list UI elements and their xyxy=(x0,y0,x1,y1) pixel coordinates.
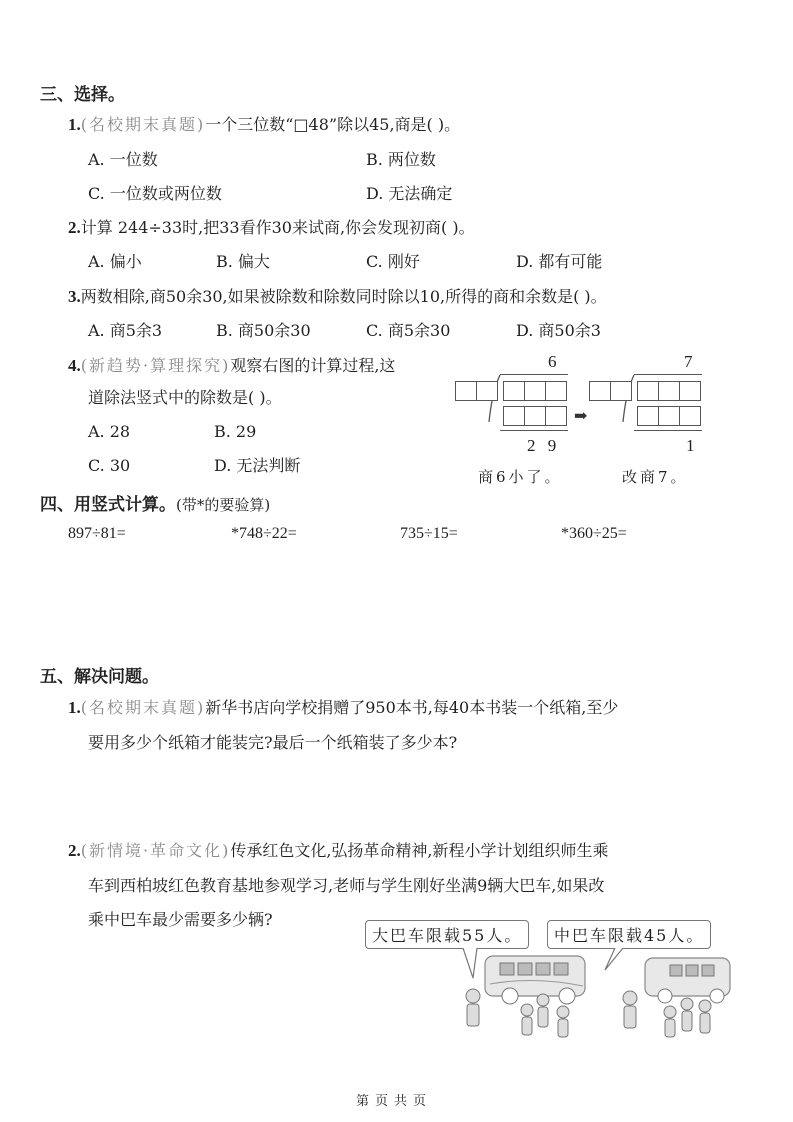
product-box xyxy=(524,406,546,426)
right-caption: 改商7。 xyxy=(622,466,689,487)
option-a[interactable]: A. 一位数 xyxy=(88,150,158,170)
dividend-box xyxy=(637,381,659,401)
question-4-line2: 道除法竖式中的除数是( )。 xyxy=(88,388,282,408)
dividend-box xyxy=(545,381,567,401)
section-4-heading: 四、用竖式计算。 xyxy=(40,495,176,515)
option-b[interactable]: B. 两位数 xyxy=(366,150,436,170)
product-box xyxy=(679,406,701,426)
question-4: 4.(新趋势·算理探究)观察右图的计算过程,这 xyxy=(68,356,395,376)
right-division-bar xyxy=(634,374,702,375)
right-remainder: 1 xyxy=(686,436,695,456)
question-tag: (新趋势·算理探究) xyxy=(81,356,231,375)
calc-problem-3[interactable]: 735÷15= xyxy=(400,525,458,543)
left-division-bar xyxy=(500,374,568,375)
option-b[interactable]: B. 商50余30 xyxy=(216,321,311,341)
option-d[interactable]: D. 无法判断 xyxy=(214,456,300,476)
section-4-title: 四、用竖式计算。(带*的要验算) xyxy=(40,490,270,515)
question-number: 4. xyxy=(68,356,81,375)
product-box xyxy=(637,406,659,426)
left-quotient: 6 xyxy=(548,352,557,372)
right-subtract-line xyxy=(634,430,702,431)
question-text: 计算 244÷33时,把33看作30来试商,你会发现初商( )。 xyxy=(81,218,475,237)
dividend-box xyxy=(658,381,680,401)
left-subtract-line xyxy=(500,430,568,431)
option-d[interactable]: D. 商50余3 xyxy=(516,321,601,341)
section-5-title: 五、解决问题。 xyxy=(40,662,159,687)
option-b[interactable]: B. 29 xyxy=(214,422,256,442)
question-number: 3. xyxy=(68,287,81,306)
option-a[interactable]: A. 偏小 xyxy=(88,252,142,272)
option-c[interactable]: C. 30 xyxy=(88,456,130,476)
right-quotient: 7 xyxy=(684,352,693,372)
calc-problem-1[interactable]: 897÷81= xyxy=(68,525,126,543)
problem-2-line3: 乘中巴车最少需要多少辆? xyxy=(88,910,273,930)
question-tag: (名校期末真题) xyxy=(81,698,206,717)
option-c[interactable]: C. 刚好 xyxy=(366,252,420,272)
divisor-box xyxy=(476,381,498,401)
product-box xyxy=(545,406,567,426)
bus-scene-icon xyxy=(455,948,793,1048)
divisor-box xyxy=(610,381,632,401)
section-3-title: 三、选择。 xyxy=(40,80,125,105)
question-number: 2. xyxy=(68,841,81,860)
speech-bubble-medium-bus: 中巴车限载45人。 xyxy=(547,920,711,949)
problem-text-line1: 新华书店向学校捐赠了950本书,每40本书装一个纸箱,至少 xyxy=(205,698,618,717)
question-number: 1. xyxy=(68,115,81,134)
dividend-box xyxy=(524,381,546,401)
option-d[interactable]: D. 无法确定 xyxy=(366,184,452,204)
product-box xyxy=(658,406,680,426)
speech-bubble-large-bus: 大巴车限载55人。 xyxy=(365,920,529,949)
problem-2: 2.(新情境·革命文化)传承红色文化,弘扬革命精神,新程小学计划组织师生乘 xyxy=(68,841,609,861)
dividend-box xyxy=(503,381,525,401)
arrow-icon: ➡ xyxy=(574,406,587,425)
option-b[interactable]: B. 偏大 xyxy=(216,252,270,272)
page-footer: 第页共页 xyxy=(356,1090,432,1109)
question-3: 3.两数相除,商50余30,如果被除数和除数同时除以10,所得的商和余数是( )… xyxy=(68,287,607,307)
left-remainder: 2 9 xyxy=(527,436,560,456)
problem-text-line1: 传承红色文化,弘扬革命精神,新程小学计划组织师生乘 xyxy=(230,841,608,860)
calc-problem-2[interactable]: *748÷22= xyxy=(231,525,297,543)
divisor-box xyxy=(589,381,611,401)
option-c[interactable]: C. 商5余30 xyxy=(366,321,450,341)
product-box xyxy=(503,406,525,426)
left-caption: 商6小了。 xyxy=(478,466,563,487)
section-4-note: (带*的要验算) xyxy=(176,496,270,514)
question-1: 1.(名校期末真题)一个三位数“□48”除以45,商是( )。 xyxy=(68,115,460,135)
option-d[interactable]: D. 都有可能 xyxy=(516,252,602,272)
question-text: 一个三位数“□48”除以45,商是( )。 xyxy=(205,115,460,134)
problem-1-line2: 要用多少个纸箱才能装完?最后一个纸箱装了多少本? xyxy=(88,733,457,753)
question-text-line1: 观察右图的计算过程,这 xyxy=(230,356,395,375)
problem-2-line2: 车到西柏坡红色教育基地参观学习,老师与学生刚好坐满9辆大巴车,如果改 xyxy=(88,876,604,896)
divisor-box xyxy=(455,381,477,401)
question-number: 1. xyxy=(68,698,81,717)
problem-1: 1.(名校期末真题)新华书店向学校捐赠了950本书,每40本书装一个纸箱,至少 xyxy=(68,698,618,718)
question-2: 2.计算 244÷33时,把33看作30来试商,你会发现初商( )。 xyxy=(68,218,475,238)
question-text: 两数相除,商50余30,如果被除数和除数同时除以10,所得的商和余数是( )。 xyxy=(81,287,607,306)
option-c[interactable]: C. 一位数或两位数 xyxy=(88,184,222,204)
question-tag: (新情境·革命文化) xyxy=(81,841,231,860)
option-a[interactable]: A. 商5余3 xyxy=(88,321,162,341)
option-a[interactable]: A. 28 xyxy=(88,422,130,442)
question-number: 2. xyxy=(68,218,81,237)
question-tag: (名校期末真题) xyxy=(81,115,206,134)
calc-problem-4[interactable]: *360÷25= xyxy=(561,525,627,543)
dividend-box xyxy=(679,381,701,401)
